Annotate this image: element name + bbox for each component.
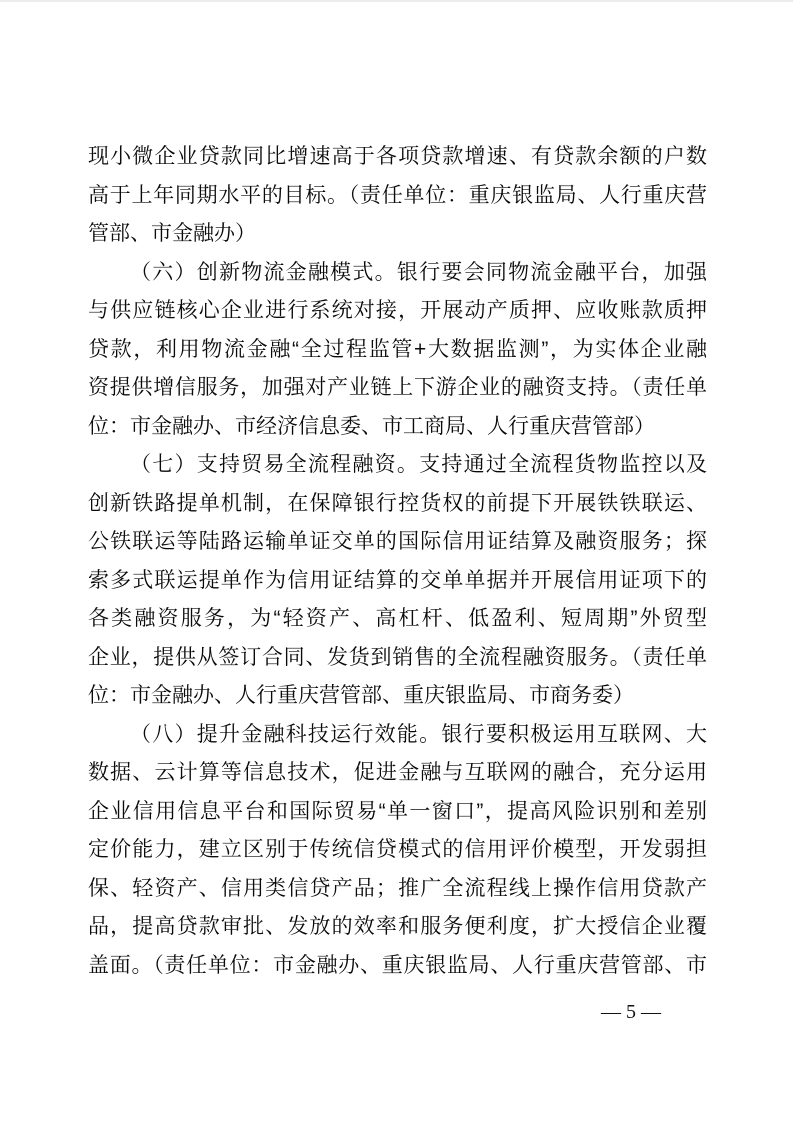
text-line: 与供应链核心企业进行系统对接，开展动产质押、应收账款质押: [88, 292, 707, 331]
text-line: 盖面。（责任单位：市金融办、重庆银监局、人行重庆营管部、市: [88, 947, 707, 986]
text-line: 贷款，利用物流金融“全过程监管+大数据监测”，为实体企业融: [88, 331, 707, 370]
text-line: 创新铁路提单机制，在保障银行控货权的前提下开展铁铁联运、: [88, 485, 707, 524]
text-line: 企业，提供从签订合同、发货到销售的全流程融资服务。（责任单: [88, 639, 707, 678]
text-line: 企业信用信息平台和国际贸易“单一窗口”，提高风险识别和差别: [88, 793, 707, 832]
text-line: 各类融资服务，为“轻资产、高杠杆、低盈利、短周期”外贸型: [88, 600, 707, 639]
text-line: 管部、市金融办）: [88, 215, 707, 254]
text-line: 保、轻资产、信用类信贷产品；推广全流程线上操作信用贷款产: [88, 870, 707, 909]
document-page: 现小微企业贷款同比增速高于各项贷款增速、有贷款余额的户数 高于上年同期水平的目标…: [0, 0, 793, 1122]
text-line: 公铁联运等陆路运输单证交单的国际信用证结算及融资服务；探: [88, 523, 707, 562]
text-line: 位：市金融办、人行重庆营管部、重庆银监局、市商务委）: [88, 677, 707, 716]
text-line: 高于上年同期水平的目标。（责任单位：重庆银监局、人行重庆营: [88, 177, 707, 216]
text-line: 品，提高贷款审批、发放的效率和服务便利度，扩大授信企业覆: [88, 908, 707, 947]
text-line-item-8-start: （八）提升金融科技运行效能。银行要积极运用互联网、大: [88, 716, 707, 755]
text-line-item-7-start: （七）支持贸易全流程融资。支持通过全流程货物监控以及: [88, 446, 707, 485]
document-body: 现小微企业贷款同比增速高于各项贷款增速、有贷款余额的户数 高于上年同期水平的目标…: [88, 138, 707, 985]
text-line-item-6-start: （六）创新物流金融模式。银行要会同物流金融平台，加强: [88, 254, 707, 293]
text-line: 现小微企业贷款同比增速高于各项贷款增速、有贷款余额的户数: [88, 138, 707, 177]
page-number: — 5 —: [596, 1000, 666, 1024]
scan-edge-artifact: [0, 0, 793, 2]
text-line: 定价能力，建立区别于传统信贷模式的信用评价模型，开发弱担: [88, 831, 707, 870]
text-line: 索多式联运提单作为信用证结算的交单单据并开展信用证项下的: [88, 562, 707, 601]
text-line: 位：市金融办、市经济信息委、市工商局、人行重庆营管部）: [88, 408, 707, 447]
text-line: 数据、云计算等信息技术，促进金融与互联网的融合，充分运用: [88, 754, 707, 793]
text-line: 资提供增信服务，加强对产业链上下游企业的融资支持。（责任单: [88, 369, 707, 408]
